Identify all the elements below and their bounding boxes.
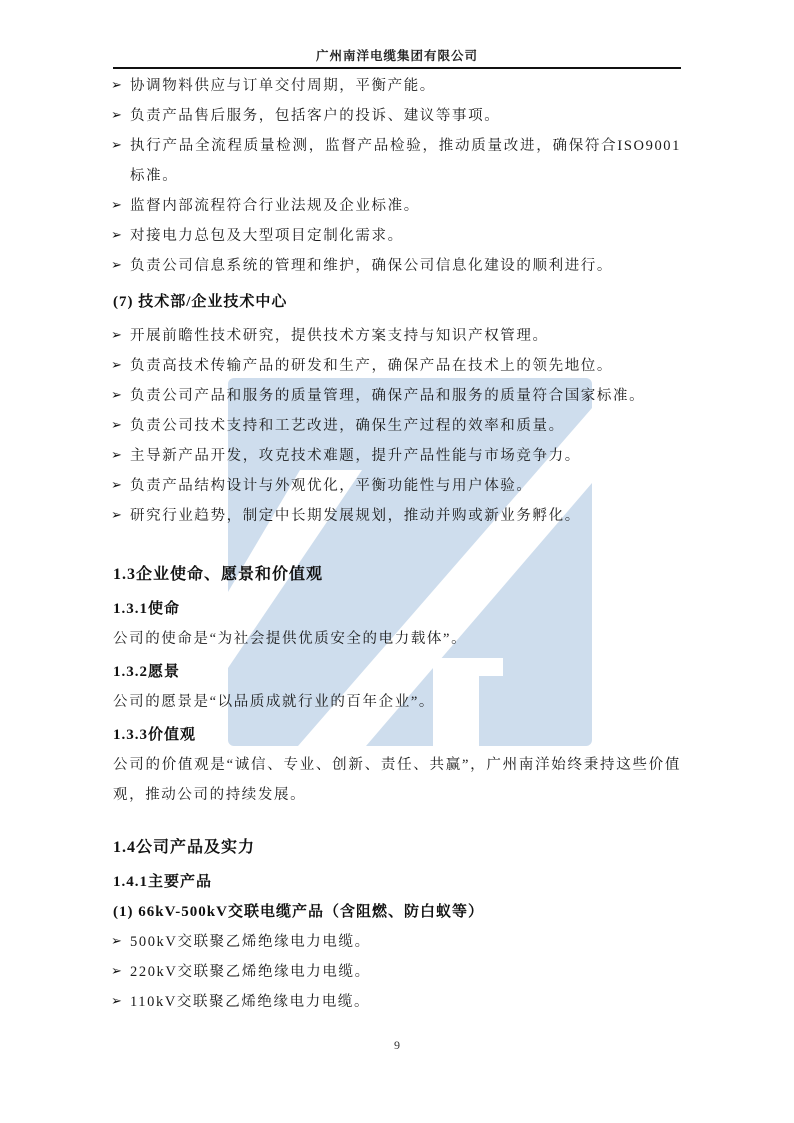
arrow-bullet-icon: ➢ <box>111 71 122 101</box>
bullet-text: 协调物料供应与订单交付周期，平衡产能。 <box>130 78 436 94</box>
arrow-bullet-icon: ➢ <box>111 351 122 381</box>
bullet-text: 主导新产品开发，攻克技术难题，提升产品性能与市场竞争力。 <box>130 448 581 464</box>
bullet-text: 110kV交联聚乙烯绝缘电力电缆。 <box>130 994 370 1010</box>
bullet-text: 开展前瞻性技术研究，提供技术方案支持与知识产权管理。 <box>130 328 549 344</box>
arrow-bullet-icon: ➢ <box>111 987 122 1017</box>
bullet-item: ➢开展前瞻性技术研究，提供技术方案支持与知识产权管理。 <box>113 321 681 351</box>
arrow-bullet-icon: ➢ <box>111 501 122 531</box>
bullet-text: 负责产品售后服务，包括客户的投诉、建议等事项。 <box>130 108 500 124</box>
bullet-text: 负责公司产品和服务的质量管理，确保产品和服务的质量符合国家标准。 <box>130 388 645 404</box>
arrow-bullet-icon: ➢ <box>111 441 122 471</box>
bullet-item: ➢研究行业趋势，制定中长期发展规划，推动并购或新业务孵化。 <box>113 501 681 531</box>
bullet-item: ➢对接电力总包及大型项目定制化需求。 <box>113 221 681 251</box>
bullet-text: 220kV交联聚乙烯绝缘电力电缆。 <box>130 964 371 980</box>
bullet-text: 负责公司技术支持和工艺改进，确保生产过程的效率和质量。 <box>130 418 565 434</box>
section-1-3-1-heading: 1.3.1使命 <box>113 594 681 624</box>
bullet-text: 执行产品全流程质量检测，监督产品检验，推动质量改进，确保符合ISO9001标准。 <box>130 138 681 184</box>
bullet-item: ➢负责产品售后服务，包括客户的投诉、建议等事项。 <box>113 101 681 131</box>
document-body: 广州南洋电缆集团有限公司 ➢协调物料供应与订单交付周期，平衡产能。 ➢负责产品售… <box>0 0 794 1017</box>
arrow-bullet-icon: ➢ <box>111 471 122 501</box>
section-1-3-heading: 1.3企业使命、愿景和价值观 <box>113 559 681 591</box>
bullet-item: ➢220kV交联聚乙烯绝缘电力电缆。 <box>113 957 681 987</box>
dept7-heading: (7) 技术部/企业技术中心 <box>113 287 681 317</box>
page-number: 9 <box>0 1038 794 1053</box>
bullet-item: ➢负责产品结构设计与外观优化，平衡功能性与用户体验。 <box>113 471 681 501</box>
arrow-bullet-icon: ➢ <box>111 957 122 987</box>
bullet-item: ➢负责公司产品和服务的质量管理，确保产品和服务的质量符合国家标准。 <box>113 381 681 411</box>
arrow-bullet-icon: ➢ <box>111 221 122 251</box>
mission-text: 公司的使命是“为社会提供优质安全的电力载体”。 <box>113 624 681 654</box>
page-content: ➢协调物料供应与订单交付周期，平衡产能。 ➢负责产品售后服务，包括客户的投诉、建… <box>113 69 681 1017</box>
bullet-item: ➢110kV交联聚乙烯绝缘电力电缆。 <box>113 987 681 1017</box>
section-1-4-1-heading: 1.4.1主要产品 <box>113 867 681 897</box>
arrow-bullet-icon: ➢ <box>111 927 122 957</box>
bullet-text: 对接电力总包及大型项目定制化需求。 <box>130 228 404 244</box>
bullet-item: ➢主导新产品开发，攻克技术难题，提升产品性能与市场竞争力。 <box>113 441 681 471</box>
vision-text: 公司的愿景是“以品质成就行业的百年企业”。 <box>113 687 681 717</box>
bullet-item: ➢协调物料供应与订单交付周期，平衡产能。 <box>113 71 681 101</box>
values-text: 公司的价值观是“诚信、专业、创新、责任、共赢”，广州南洋始终秉持这些价值观，推动… <box>113 750 681 810</box>
arrow-bullet-icon: ➢ <box>111 411 122 441</box>
bullet-text: 负责产品结构设计与外观优化，平衡功能性与用户体验。 <box>130 478 533 494</box>
bullet-text: 负责公司信息系统的管理和维护，确保公司信息化建设的顺利进行。 <box>130 258 613 274</box>
section-1-3-2-heading: 1.3.2愿景 <box>113 657 681 687</box>
bullet-item: ➢执行产品全流程质量检测，监督产品检验，推动质量改进，确保符合ISO9001标准… <box>113 131 681 191</box>
arrow-bullet-icon: ➢ <box>111 101 122 131</box>
bullet-item: ➢监督内部流程符合行业法规及企业标准。 <box>113 191 681 221</box>
product-category-heading: (1) 66kV-500kV交联电缆产品（含阻燃、防白蚁等） <box>113 897 681 927</box>
section-1-3-3-heading: 1.3.3价值观 <box>113 720 681 750</box>
bullet-text: 监督内部流程符合行业法规及企业标准。 <box>130 198 420 214</box>
arrow-bullet-icon: ➢ <box>111 251 122 281</box>
bullet-item: ➢500kV交联聚乙烯绝缘电力电缆。 <box>113 927 681 957</box>
arrow-bullet-icon: ➢ <box>111 321 122 351</box>
arrow-bullet-icon: ➢ <box>111 191 122 221</box>
section-1-4-heading: 1.4公司产品及实力 <box>113 832 681 864</box>
arrow-bullet-icon: ➢ <box>111 131 122 161</box>
bullet-item: ➢负责公司信息系统的管理和维护，确保公司信息化建设的顺利进行。 <box>113 251 681 281</box>
bullet-text: 研究行业趋势，制定中长期发展规划，推动并购或新业务孵化。 <box>130 508 581 524</box>
bullet-item: ➢负责公司技术支持和工艺改进，确保生产过程的效率和质量。 <box>113 411 681 441</box>
arrow-bullet-icon: ➢ <box>111 381 122 411</box>
bullet-item: ➢负责高技术传输产品的研发和生产，确保产品在技术上的领先地位。 <box>113 351 681 381</box>
bullet-text: 500kV交联聚乙烯绝缘电力电缆。 <box>130 934 371 950</box>
bullet-text: 负责高技术传输产品的研发和生产，确保产品在技术上的领先地位。 <box>130 358 613 374</box>
document-page: 广州南洋电缆集团有限公司 ➢协调物料供应与订单交付周期，平衡产能。 ➢负责产品售… <box>0 0 794 1123</box>
page-header-company-name: 广州南洋电缆集团有限公司 <box>113 0 681 69</box>
